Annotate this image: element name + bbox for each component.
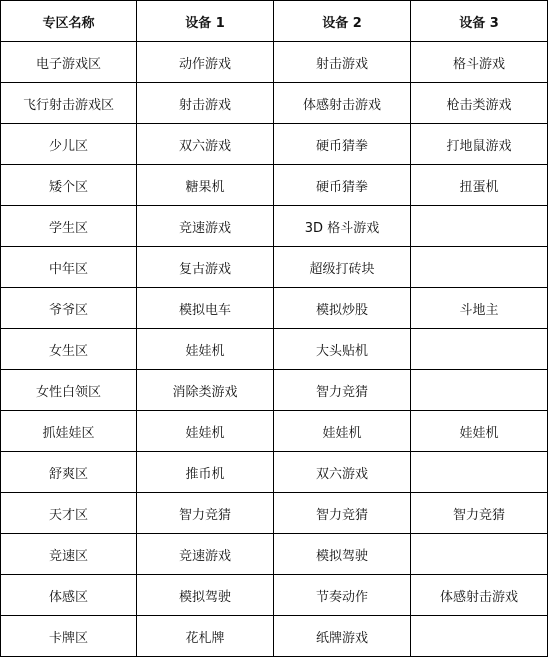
zone-name-cell: 矮个区	[1, 165, 137, 206]
device-3-cell	[411, 616, 548, 657]
device-3-cell	[411, 247, 548, 288]
device-2-cell: 3D 格斗游戏	[274, 206, 411, 247]
device-3-cell: 格斗游戏	[411, 42, 548, 83]
device-2-cell: 双六游戏	[274, 452, 411, 493]
table-row: 飞行射击游戏区 射击游戏 体感射击游戏 枪击类游戏	[1, 83, 548, 124]
zone-name-cell: 中年区	[1, 247, 137, 288]
header-row: 专区名称 设备 1 设备 2 设备 3	[1, 1, 548, 42]
zone-name-cell: 飞行射击游戏区	[1, 83, 137, 124]
device-1-cell: 竞速游戏	[137, 534, 274, 575]
device-3-cell	[411, 452, 548, 493]
device-2-cell: 体感射击游戏	[274, 83, 411, 124]
device-2-cell: 智力竞猜	[274, 493, 411, 534]
table-row: 少儿区 双六游戏 硬币猜拳 打地鼠游戏	[1, 124, 548, 165]
table-row: 学生区 竞速游戏 3D 格斗游戏	[1, 206, 548, 247]
table-row: 女生区 娃娃机 大头贴机	[1, 329, 548, 370]
header-device-1: 设备 1	[137, 1, 274, 42]
device-3-cell	[411, 534, 548, 575]
zone-name-cell: 竞速区	[1, 534, 137, 575]
device-3-cell: 枪击类游戏	[411, 83, 548, 124]
device-1-cell: 娃娃机	[137, 329, 274, 370]
zone-name-cell: 卡牌区	[1, 616, 137, 657]
device-1-cell: 模拟电车	[137, 288, 274, 329]
device-1-cell: 模拟驾驶	[137, 575, 274, 616]
table-row: 抓娃娃区 娃娃机 娃娃机 娃娃机	[1, 411, 548, 452]
device-2-cell: 大头贴机	[274, 329, 411, 370]
device-2-cell: 模拟驾驶	[274, 534, 411, 575]
device-3-cell: 打地鼠游戏	[411, 124, 548, 165]
table-row: 电子游戏区 动作游戏 射击游戏 格斗游戏	[1, 42, 548, 83]
table-row: 天才区 智力竞猜 智力竞猜 智力竞猜	[1, 493, 548, 534]
zone-name-cell: 女性白领区	[1, 370, 137, 411]
device-3-cell: 智力竞猜	[411, 493, 548, 534]
device-1-cell: 糖果机	[137, 165, 274, 206]
header-zone-name: 专区名称	[1, 1, 137, 42]
device-1-cell: 双六游戏	[137, 124, 274, 165]
device-2-cell: 智力竞猜	[274, 370, 411, 411]
device-3-cell	[411, 329, 548, 370]
device-3-cell: 娃娃机	[411, 411, 548, 452]
device-2-cell: 射击游戏	[274, 42, 411, 83]
table-row: 舒爽区 推币机 双六游戏	[1, 452, 548, 493]
table-row: 体感区 模拟驾驶 节奏动作 体感射击游戏	[1, 575, 548, 616]
zone-name-cell: 体感区	[1, 575, 137, 616]
table-row: 爷爷区 模拟电车 模拟炒股 斗地主	[1, 288, 548, 329]
device-2-cell: 硬币猜拳	[274, 165, 411, 206]
device-3-cell: 扭蛋机	[411, 165, 548, 206]
device-2-cell: 硬币猜拳	[274, 124, 411, 165]
device-1-cell: 复古游戏	[137, 247, 274, 288]
device-2-cell: 娃娃机	[274, 411, 411, 452]
device-1-cell: 智力竞猜	[137, 493, 274, 534]
device-3-cell: 斗地主	[411, 288, 548, 329]
table-row: 竞速区 竞速游戏 模拟驾驶	[1, 534, 548, 575]
device-1-cell: 射击游戏	[137, 83, 274, 124]
device-1-cell: 竞速游戏	[137, 206, 274, 247]
device-1-cell: 消除类游戏	[137, 370, 274, 411]
device-3-cell	[411, 206, 548, 247]
table-row: 卡牌区 花札牌 纸牌游戏	[1, 616, 548, 657]
device-3-cell	[411, 370, 548, 411]
device-1-cell: 动作游戏	[137, 42, 274, 83]
device-2-cell: 纸牌游戏	[274, 616, 411, 657]
zone-name-cell: 爷爷区	[1, 288, 137, 329]
device-2-cell: 超级打砖块	[274, 247, 411, 288]
device-2-cell: 节奏动作	[274, 575, 411, 616]
header-device-3: 设备 3	[411, 1, 548, 42]
device-2-cell: 模拟炒股	[274, 288, 411, 329]
table-row: 中年区 复古游戏 超级打砖块	[1, 247, 548, 288]
zone-name-cell: 抓娃娃区	[1, 411, 137, 452]
device-3-cell: 体感射击游戏	[411, 575, 548, 616]
zone-equipment-table: 专区名称 设备 1 设备 2 设备 3 电子游戏区 动作游戏 射击游戏 格斗游戏…	[0, 0, 548, 657]
zone-name-cell: 少儿区	[1, 124, 137, 165]
device-1-cell: 推币机	[137, 452, 274, 493]
table-row: 矮个区 糖果机 硬币猜拳 扭蛋机	[1, 165, 548, 206]
device-1-cell: 娃娃机	[137, 411, 274, 452]
zone-name-cell: 学生区	[1, 206, 137, 247]
header-device-2: 设备 2	[274, 1, 411, 42]
zone-name-cell: 天才区	[1, 493, 137, 534]
zone-name-cell: 女生区	[1, 329, 137, 370]
zone-name-cell: 舒爽区	[1, 452, 137, 493]
table-row: 女性白领区 消除类游戏 智力竞猜	[1, 370, 548, 411]
device-1-cell: 花札牌	[137, 616, 274, 657]
zone-name-cell: 电子游戏区	[1, 42, 137, 83]
